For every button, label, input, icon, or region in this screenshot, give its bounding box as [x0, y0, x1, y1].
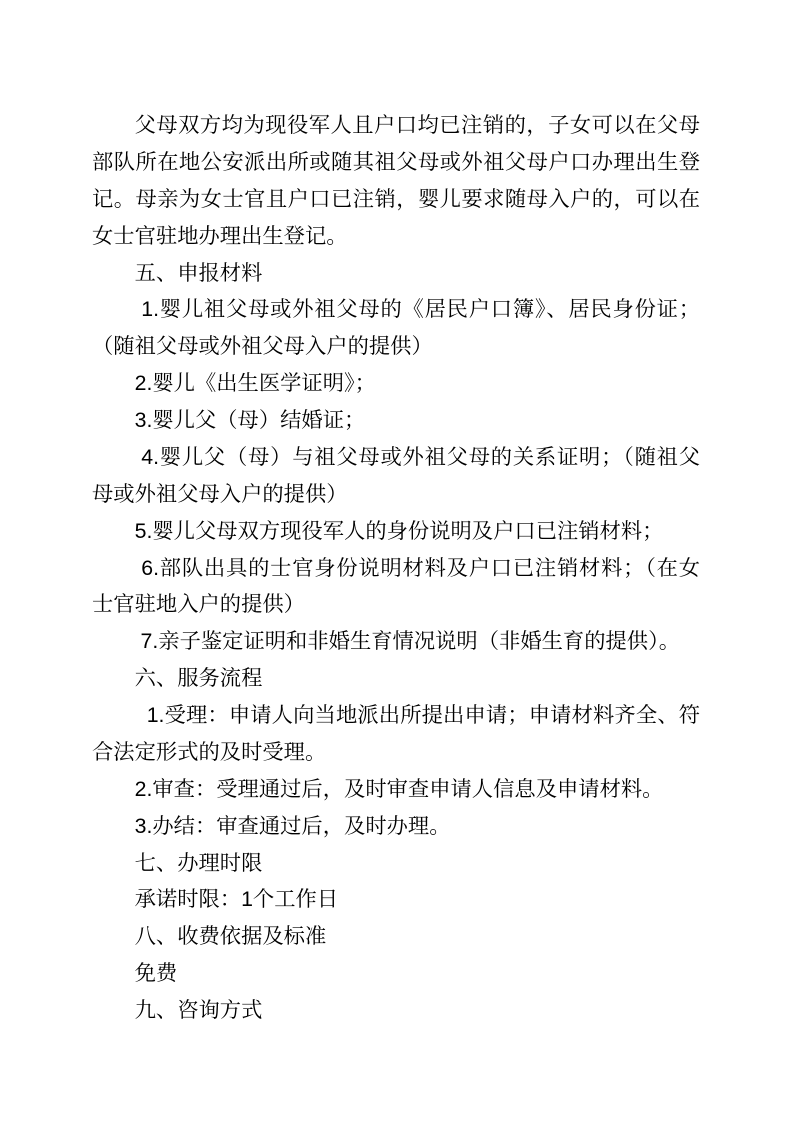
section-heading-8: 八、收费依据及标准 — [92, 918, 700, 955]
material-item-6: 6.部队出具的士官身份说明材料及户口已注销材料；（在女士官驻地入户的提供） — [92, 550, 700, 624]
intro-paragraph: 父母双方均为现役军人且户口均已注销的，子女可以在父母部队所在地公安派出所或随其祖… — [92, 107, 700, 255]
material-item-2: 2.婴儿《出生医学证明》； — [92, 365, 700, 402]
process-step-2: 2.审查：受理通过后，及时审查申请人信息及申请材料。 — [92, 771, 700, 808]
section-heading-6: 六、服务流程 — [92, 660, 700, 697]
document-page: 父母双方均为现役军人且户口均已注销的，子女可以在父母部队所在地公安派出所或随其祖… — [0, 0, 793, 1122]
process-step-1: 1.受理：申请人向当地派出所提出申请；申请材料齐全、符合法定形式的及时受理。 — [92, 697, 700, 771]
material-item-7: 7.亲子鉴定证明和非婚生育情况说明（非婚生育的提供）。 — [92, 623, 700, 660]
material-item-5: 5.婴儿父母双方现役军人的身份说明及户口已注销材料； — [92, 513, 700, 550]
material-item-4: 4.婴儿父（母）与祖父母或外祖父母的关系证明；（随祖父母或外祖父母入户的提供） — [92, 439, 700, 513]
section-heading-7: 七、办理时限 — [92, 845, 700, 882]
section-heading-9: 九、咨询方式 — [92, 992, 700, 1029]
material-item-1: 1.婴儿祖父母或外祖父母的《居民户口簿》、居民身份证；（随祖父母或外祖父母入户的… — [92, 291, 700, 365]
material-item-3: 3.婴儿父（母）结婚证； — [92, 402, 700, 439]
section-heading-5: 五、申报材料 — [92, 255, 700, 292]
document-content: 父母双方均为现役军人且户口均已注销的，子女可以在父母部队所在地公安派出所或随其祖… — [92, 107, 700, 1029]
time-limit-line: 承诺时限：1个工作日 — [92, 881, 700, 918]
fee-line: 免费 — [92, 955, 700, 992]
process-step-3: 3.办结：审查通过后，及时办理。 — [92, 808, 700, 845]
